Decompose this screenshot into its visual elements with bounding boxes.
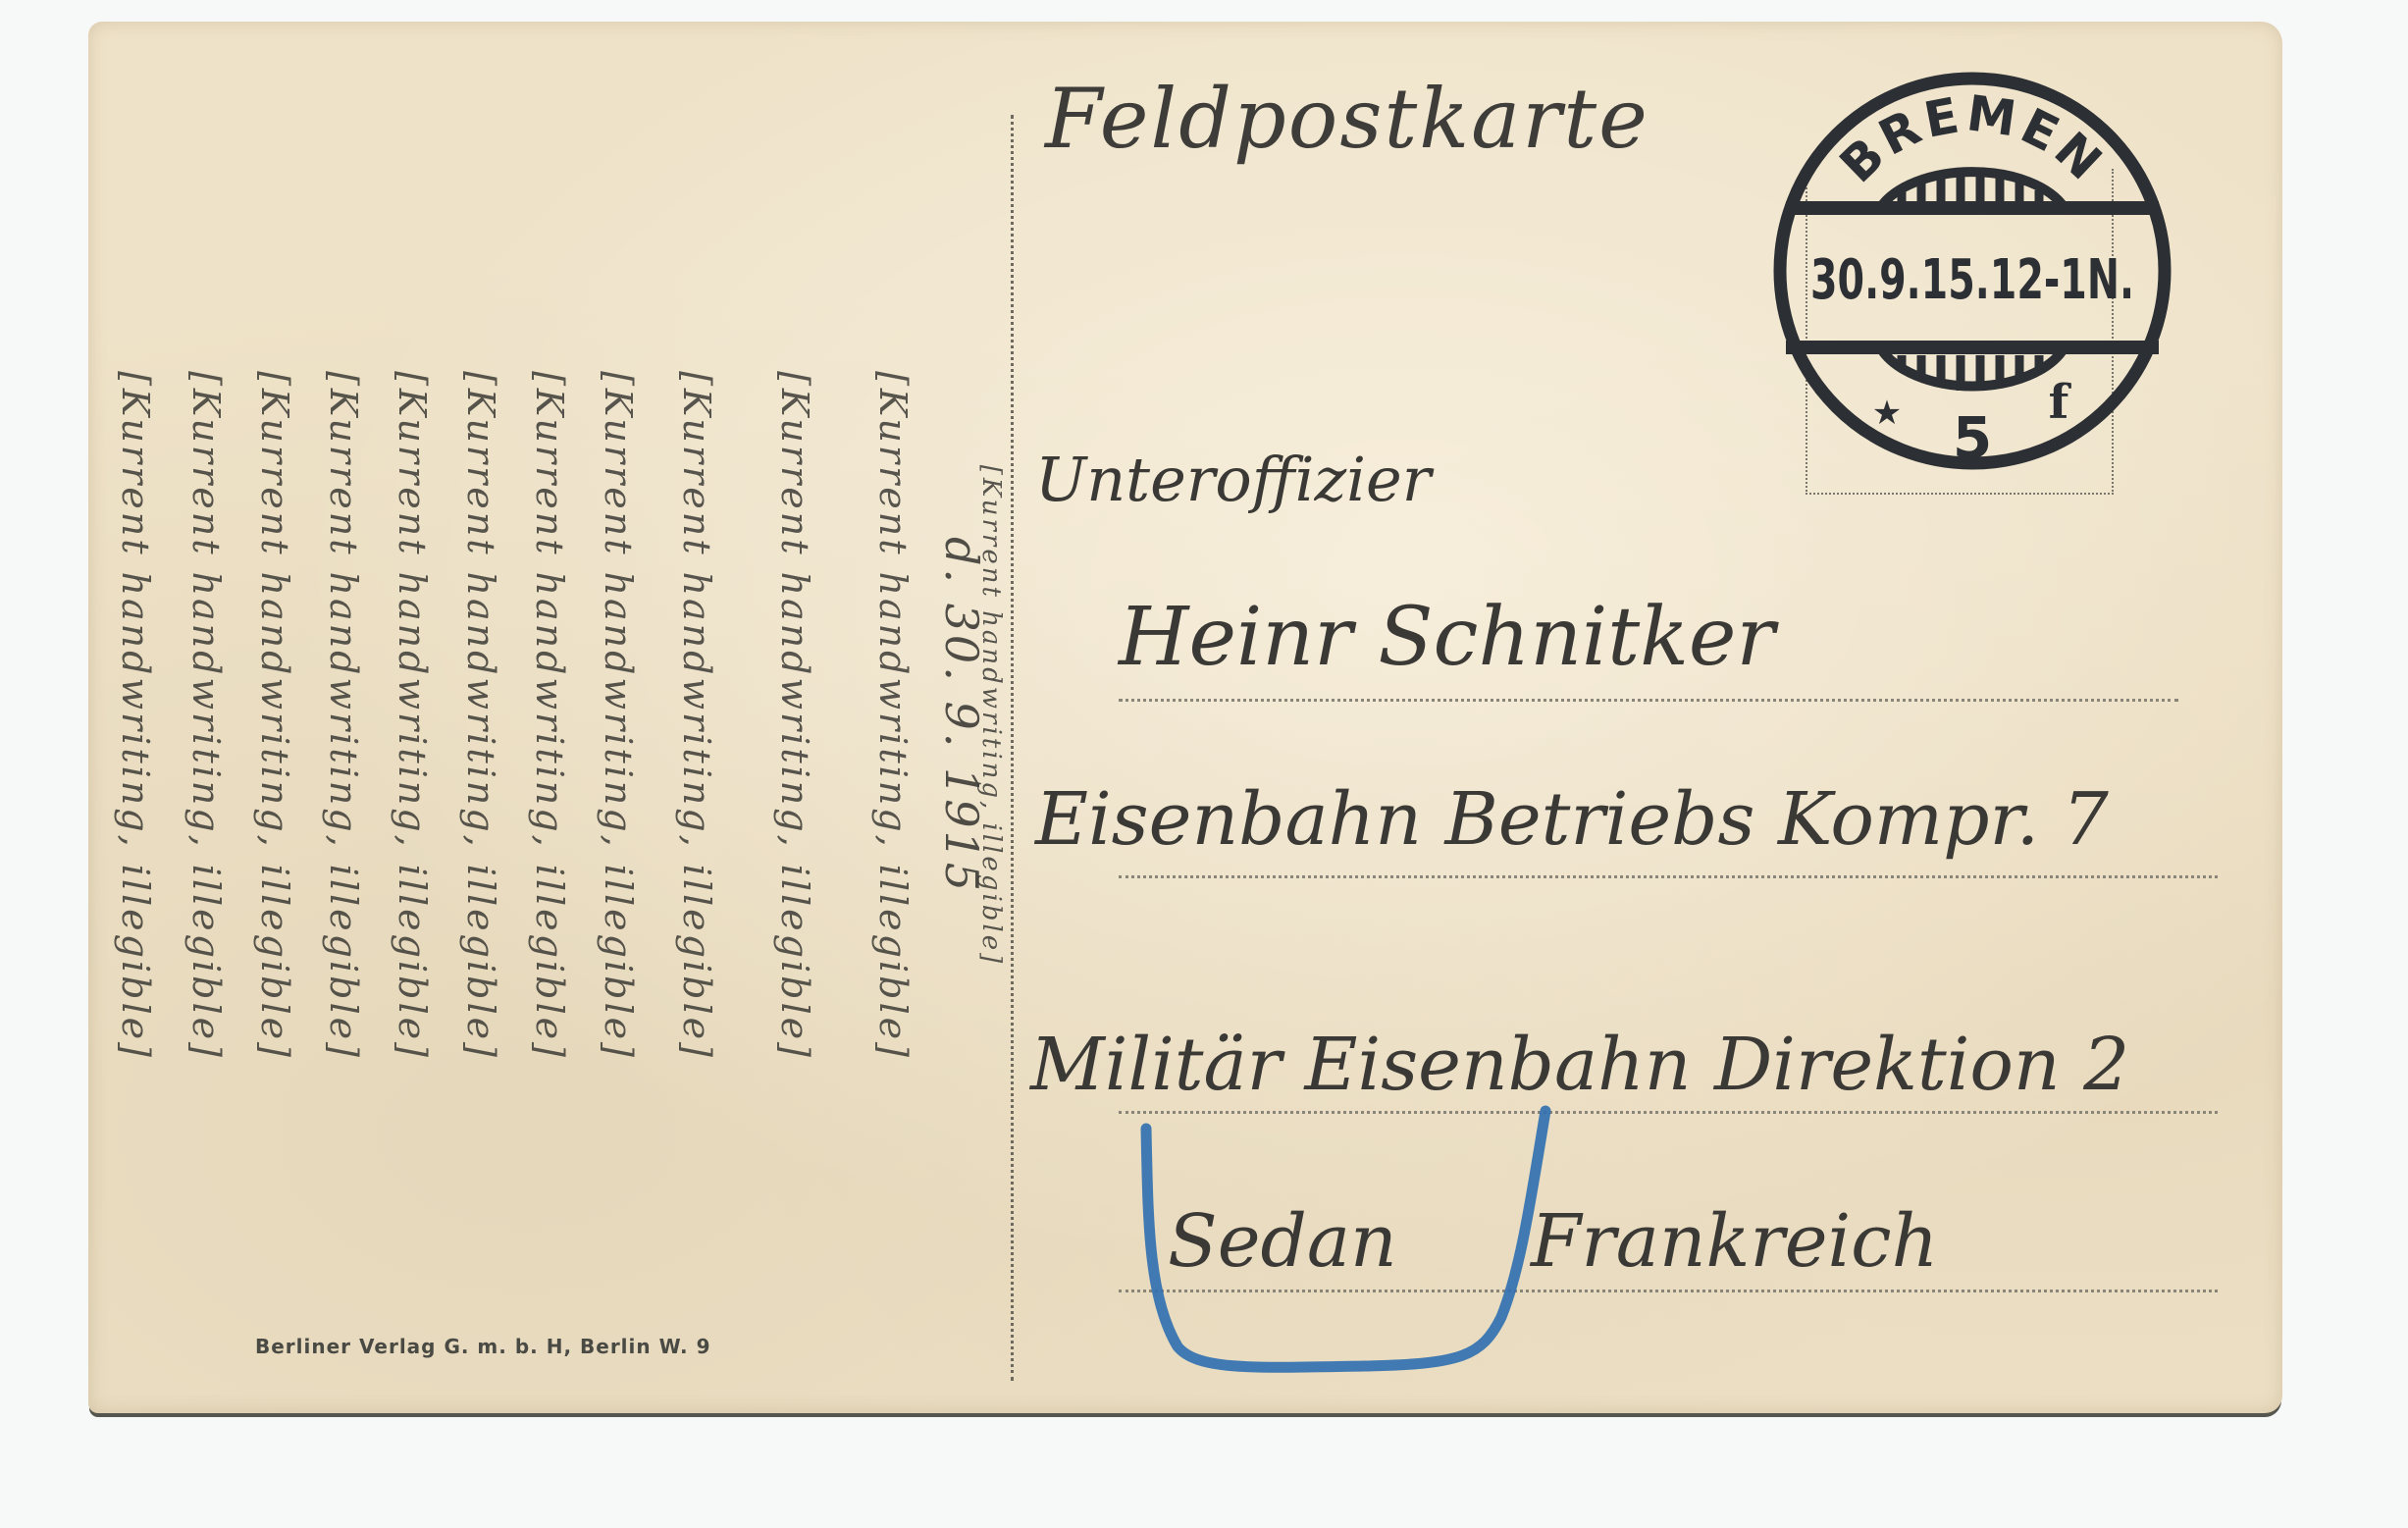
message-date: d. 30. 9. 1915 [942,33,981,1397]
message-line: [Kurrent handwriting, illegible] [324,33,363,1397]
address-rank: Unteroffizier [1035,444,1431,515]
message-line: [Kurrent handwriting, illegible] [393,33,432,1397]
message-line: [Kurrent handwriting, illegible] [186,33,226,1397]
address-directorate: Militär Eisenbahn Direktion 2 [1030,1023,2129,1107]
postcard: [Kurrent handwriting, illegible] [Kurren… [88,22,2282,1413]
star-icon: ★ [1872,394,1902,433]
address-line-1 [1119,699,2178,702]
message-line: [Kurrent handwriting, illegible] [775,33,814,1397]
message-line: [Kurrent handwriting, illegible] [255,33,294,1397]
postmark-office-number: 5 [1953,404,1992,471]
message-line: [Kurrent handwriting, illegible] [461,33,500,1397]
message-line: [Kurrent handwriting, illegible] [530,33,569,1397]
message-panel: [Kurrent handwriting, illegible] [Kurren… [88,22,1011,1413]
card-title: Feldpostkarte [1045,71,1649,167]
panel-divider [1011,115,1014,1381]
message-line: [Kurrent handwriting, illegible] [599,33,638,1397]
address-line-2 [1119,875,2218,878]
publisher-imprint: Berliner Verlag G. m. b. H, Berlin W. 9 [255,1335,711,1358]
blue-crayon-mark [1109,1101,1619,1396]
address-unit: Eisenbahn Betriebs Kompr. 7 [1035,777,2109,862]
message-line: [Kurrent handwriting, illegible] [116,33,155,1397]
postmark: BREMEN 30.9.15.12-1N. 5 f ★ [1764,63,2180,479]
message-line: [Kurrent handwriting, illegible] [677,33,716,1397]
message-line: [Kurrent handwriting, illegible] [976,33,1006,1397]
postmark-datetime: 30.9.15.12-1N. [1810,248,2134,312]
postmark-letter: f [2049,375,2072,430]
message-line: [Kurrent handwriting, illegible] [873,33,913,1397]
address-name: Heinr Schnitker [1119,591,1775,684]
